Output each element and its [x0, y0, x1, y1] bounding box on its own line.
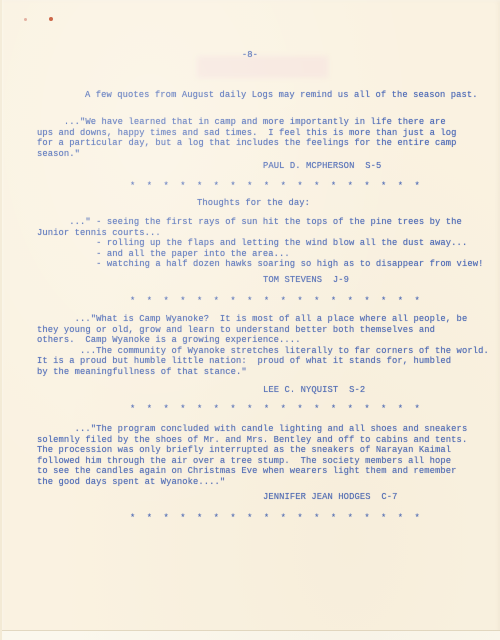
asterisk-separator: * * * * * * * * * * * * * * * * * * — [130, 513, 420, 524]
paper-left-edge — [0, 0, 2, 640]
attribution-3: LEE C. NYQUIST S-2 — [263, 385, 365, 396]
quote-paragraph-4: ..."The program concluded with candle li… — [37, 424, 467, 487]
intro-line: A few quotes from August daily Logs may … — [85, 90, 478, 101]
quote-paragraph-2: ..." - seeing the first rays of sun hit … — [37, 217, 483, 270]
quote-paragraph-1: ..."We have learned that in camp and mor… — [37, 117, 457, 159]
scanned-newsletter-page: -8- A few quotes from August daily Logs … — [0, 0, 500, 640]
attribution-2: TOM STEVENS J-9 — [263, 275, 349, 286]
attribution-1: PAUL D. MCPHERSON S-5 — [263, 161, 381, 172]
page-number: -8- — [0, 50, 500, 61]
quote-paragraph-3: ..."What is Camp Wyanoke? It is most of … — [37, 314, 489, 377]
paper-speck — [49, 17, 53, 21]
attribution-4: JENNIFER JEAN HODGES C-7 — [263, 492, 397, 503]
paper-speck — [24, 18, 27, 21]
asterisk-separator: * * * * * * * * * * * * * * * * * * — [130, 296, 420, 307]
asterisk-separator: * * * * * * * * * * * * * * * * * * — [130, 404, 420, 415]
paper-bottom-margin — [0, 631, 500, 640]
asterisk-separator: * * * * * * * * * * * * * * * * * * — [130, 181, 420, 192]
thoughts-heading: Thoughts for the day: — [197, 198, 310, 209]
